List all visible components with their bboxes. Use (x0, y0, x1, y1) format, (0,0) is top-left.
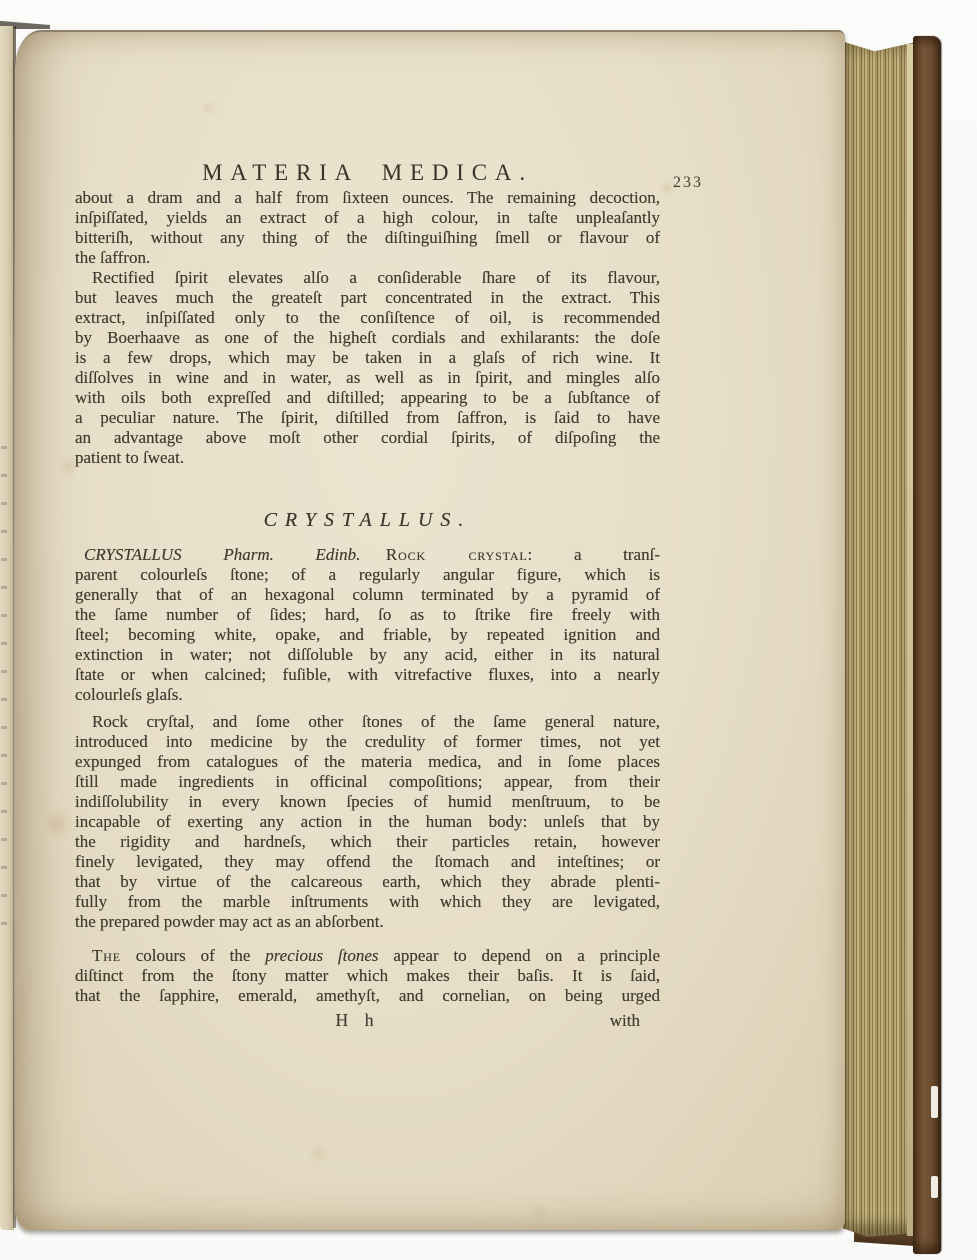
book-cover-board (913, 36, 941, 1254)
text-line: the rigidity and hardneſs, which their p… (75, 832, 660, 852)
text-line: by Boerhaave as one of the higheſt cordi… (75, 328, 660, 348)
text-line: but leaves much the greateſt part concen… (75, 288, 660, 308)
text-line: generally that of an hexagonal column te… (75, 585, 660, 605)
board-notch (931, 1086, 938, 1118)
text-line: an advantage above moſt other cordial ſp… (75, 428, 660, 448)
paragraph-precious-stones: The colours of the precious ſtones appea… (75, 946, 660, 1006)
text-line: about a dram and a half from ſixteen oun… (75, 188, 660, 208)
text-line: inſpiſſated, yields an extract of a high… (75, 208, 660, 228)
text-line: incapable of exerting any action in the … (75, 812, 660, 832)
text-line: extract, inſpiſſated only to the conſiſt… (75, 308, 660, 328)
text-line: introduced into medicine by the credulit… (75, 732, 660, 752)
text-line: Rock cryſtal, and ſome other ſtones of t… (75, 712, 660, 732)
board-notch (931, 1176, 938, 1198)
paragraph-crystallus-medicine: Rock cryſtal, and ſome other ſtones of t… (75, 712, 660, 932)
page-number: 233 (673, 174, 733, 192)
text-line: finely levigated, they may offend the ſt… (75, 852, 660, 872)
section-heading-crystallus: CRYSTALLUS. (75, 510, 660, 530)
paragraph-crystallus-description: CRYSTALLUS Pharm. Edinb. Rock crystal: a… (75, 545, 660, 705)
paragraph-saffron-spirit: Rectified ſpirit elevates alſo a conſide… (75, 268, 660, 468)
page-text-area: MATERIA MEDICA. 233 about a dram and a h… (75, 32, 660, 1230)
text-line: that by virtue of the calcareous earth, … (75, 872, 660, 892)
running-header: MATERIA MEDICA. (75, 160, 660, 186)
text-line: extinction in water; not diſſoluble by a… (75, 645, 660, 665)
text-line: ſtill made ingredients in officinal comp… (75, 772, 660, 792)
text-line: the ſame number of ſides; hard, ſo as to… (75, 605, 660, 625)
facing-page-edge (0, 26, 14, 1230)
foxing-stains (15, 32, 23, 40)
text-line: with oils both expreſſed and diſtilled; … (75, 388, 660, 408)
body-text: about a dram and a half from ſixteen oun… (75, 188, 660, 1031)
text-line: expunged from catalogues of the materia … (75, 752, 660, 772)
text-line: indiſſolubility in every known ſpecies o… (75, 792, 660, 812)
signature-line: H h with (75, 1010, 660, 1031)
text-line: colourleſs glaſs. (75, 685, 660, 705)
facing-page-text-marks (1, 430, 7, 930)
text-line: fully from the marble inſtruments with w… (75, 892, 660, 912)
text-line: CRYSTALLUS Pharm. Edinb. Rock crystal: a… (75, 545, 660, 565)
text-line: diſſolves in wine and in water, as well … (75, 368, 660, 388)
text-line: The colours of the precious ſtones appea… (75, 946, 660, 966)
text-line: bitteriſh, without any thing of the diſt… (75, 228, 660, 248)
fore-edge-pages (843, 38, 913, 1238)
text-line: parent colourleſs ſtone; of a regularly … (75, 565, 660, 585)
text-line: the prepared powder may act as an abſorb… (75, 912, 660, 932)
text-line: diſtinct from the ſtony matter which mak… (75, 966, 660, 986)
book-photograph: MATERIA MEDICA. 233 about a dram and a h… (0, 0, 977, 1260)
text-line: that the ſapphire, emerald, amethyſt, an… (75, 986, 660, 1006)
text-line: is a few drops, which may be taken in a … (75, 348, 660, 368)
text-line: the ſaffron. (75, 248, 660, 268)
book-page: MATERIA MEDICA. 233 about a dram and a h… (15, 30, 845, 1230)
text-line: ſtate or when calcined; fuſible, with vi… (75, 665, 660, 685)
catchword: with (380, 1011, 660, 1031)
text-line: patient to ſweat. (75, 448, 660, 468)
text-line: ſteel; becoming white, opake, and friabl… (75, 625, 660, 645)
text-line: a peculiar nature. The ſpirit, diſtilled… (75, 408, 660, 428)
paragraph-saffron-decoction: about a dram and a half from ſixteen oun… (75, 188, 660, 268)
text-line: Rectified ſpirit elevates alſo a conſide… (75, 268, 660, 288)
signature-mark: H h (335, 1010, 379, 1030)
